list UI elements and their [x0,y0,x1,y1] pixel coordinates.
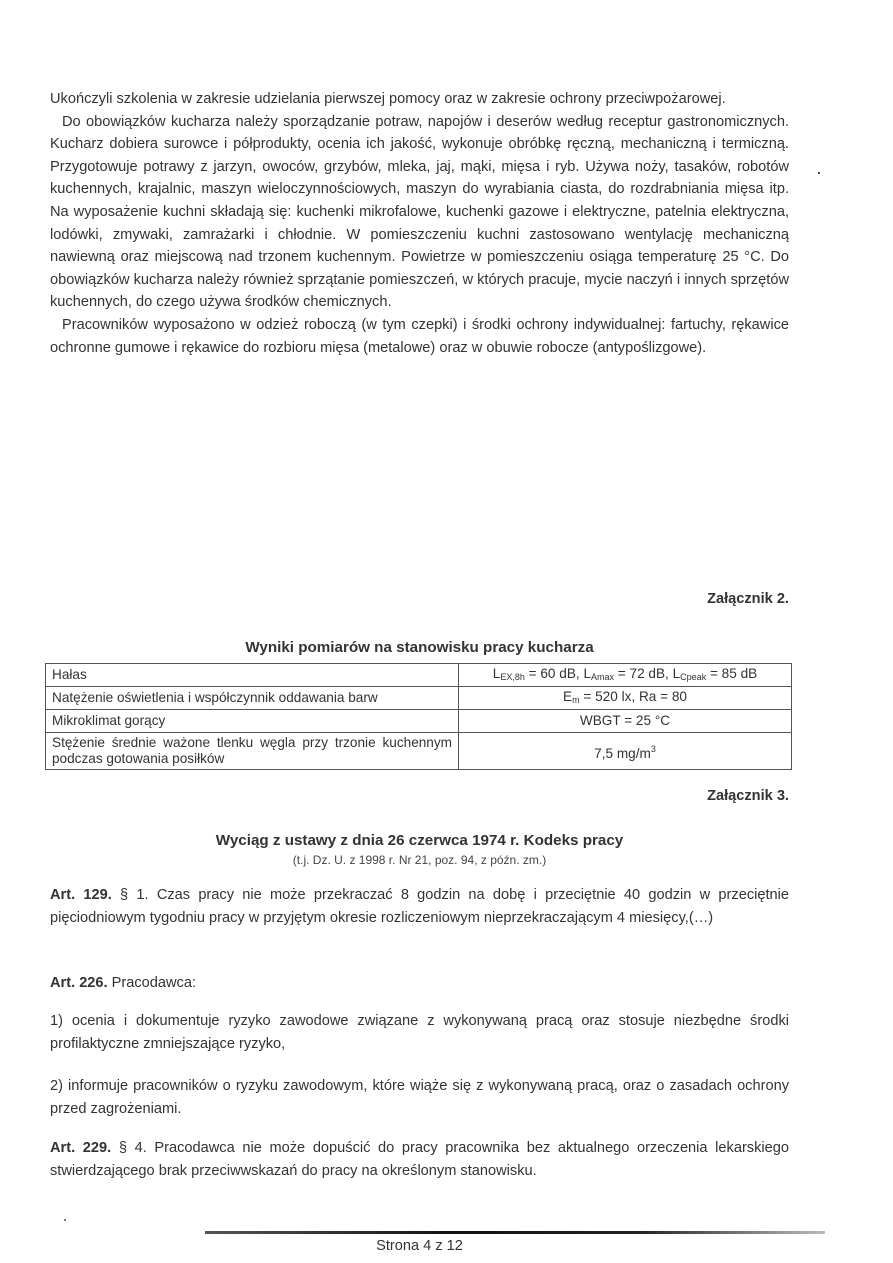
row-label: Stężenie średnie ważone tlenku węgla prz… [46,733,459,770]
row-value: LEX,8h = 60 dB, LAmax = 72 dB, LCpeak = … [459,664,792,687]
scan-artifact [818,172,820,174]
law-title: Wyciąg z ustawy z dnia 26 czerwca 1974 r… [50,832,789,849]
law-subtitle: (t.j. Dz. U. z 1998 r. Nr 21, poz. 94, z… [50,853,789,867]
article-226-item-2: 2) informuje pracowników o ryzyku zawodo… [50,1075,789,1120]
table-row: Natężenie oświetlenia i współczynnik odd… [46,687,792,710]
paragraph-duties: Do obowiązków kucharza należy sporządzan… [50,111,789,314]
scan-artifact [64,1219,66,1221]
article-229: Art. 229. § 4. Pracodawca nie może dopuś… [50,1137,789,1182]
article-226-item-1: 1) ocenia i dokumentuje ryzyko zawodowe … [50,1010,789,1055]
paragraph-training: Ukończyli szkolenia w zakresie udzielani… [50,88,789,111]
measurement-table-title: Wyniki pomiarów na stanowisku pracy kuch… [50,639,789,656]
row-value: Em = 520 lx, Ra = 80 [459,687,792,710]
row-label: Natężenie oświetlenia i współczynnik odd… [46,687,459,710]
paragraph-equipment: Pracowników wyposażono w odzież roboczą … [50,314,789,359]
annex-3-label: Załącznik 3. [50,788,789,804]
row-value: WBGT = 25 °C [459,710,792,733]
row-value: 7,5 mg/m3 [459,733,792,770]
table-row: Mikroklimat gorący WBGT = 25 °C [46,710,792,733]
page-number: Strona 4 z 12 [50,1238,789,1254]
row-label: Hałas [46,664,459,687]
article-226: Art. 226. Pracodawca: [50,972,789,995]
document-page: Ukończyli szkolenia w zakresie udzielani… [50,88,789,359]
article-129: Art. 129. § 1. Czas pracy nie może przek… [50,884,789,929]
measurement-table: Hałas LEX,8h = 60 dB, LAmax = 72 dB, LCp… [45,663,792,770]
row-label: Mikroklimat gorący [46,710,459,733]
table-row: Stężenie średnie ważone tlenku węgla prz… [46,733,792,770]
table-row: Hałas LEX,8h = 60 dB, LAmax = 72 dB, LCp… [46,664,792,687]
scan-edge-line [205,1231,825,1234]
annex-2-label: Załącznik 2. [50,591,789,607]
